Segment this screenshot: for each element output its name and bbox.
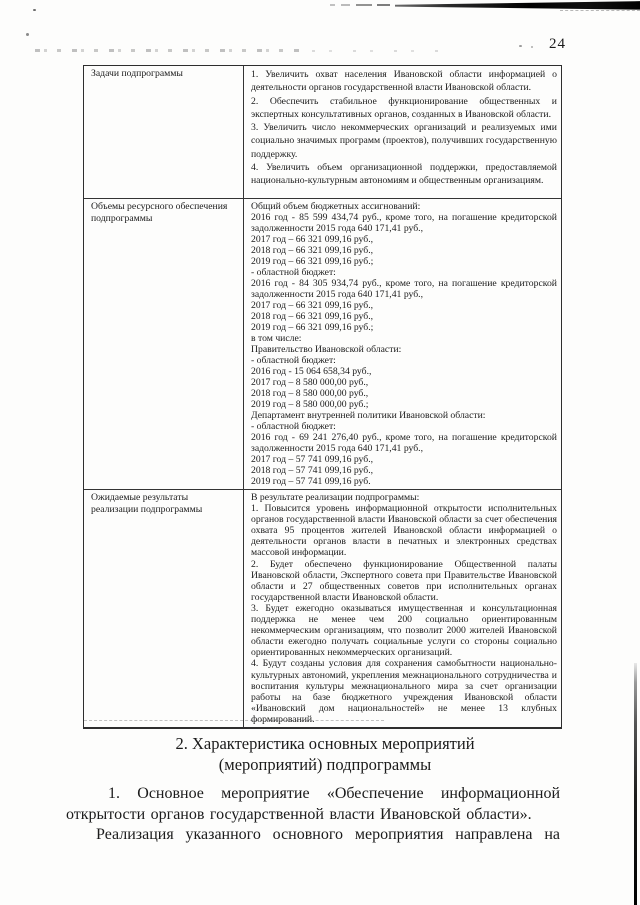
scan-artifact-dash [330,4,335,6]
scan-artifact-dot [33,9,36,11]
scan-artifact-dash [341,4,350,6]
table-row-tasks: Задачи подпрограммы 1. Увеличить охват н… [84,66,561,198]
row-content: Общий объем бюджетных ассигнований: 2016… [244,199,561,489]
scan-artifact-edge-bar [634,663,637,905]
section-heading: 2. Характеристика основных мероприятий (… [10,734,640,775]
row-label: Объемы ресурсного обеспечения подпрограм… [84,199,244,489]
row-content: В результате реализации подпрограммы: 1.… [244,490,561,727]
scan-artifact-dot [519,45,522,47]
row-label: Задачи подпрограммы [84,66,244,198]
scanned-document-page: 24 Задачи подпрограммы 1. Увеличить охва… [0,0,640,905]
scan-artifact-dash [377,4,390,6]
page-number: 24 [549,36,566,53]
subprogram-passport-table: Задачи подпрограммы 1. Увеличить охват н… [83,65,562,729]
scan-artifact-dash [356,4,372,6]
section-body: 1. Основное мероприятие «Обеспечение инф… [66,784,560,846]
row-content: 1. Увеличить охват населения Ивановской … [244,66,561,198]
table-row-expected-results: Ожидаемые результаты реализации подпрогр… [84,489,561,727]
table-row-resource-volumes: Объемы ресурсного обеспечения подпрограм… [84,198,561,489]
paragraph: Реализация указанного основного мероприя… [66,825,560,846]
scan-artifact-smudge-line [312,50,447,52]
scan-artifact-dot [531,46,533,48]
scan-artifact-top-wedge [395,1,640,10]
paragraph: 1. Основное мероприятие «Обеспечение инф… [66,784,560,825]
scan-artifact-dashed-line [560,10,640,11]
row-label: Ожидаемые результаты реализации подпрогр… [84,490,244,727]
scan-artifact-smudge-line [35,49,300,52]
scan-artifact-dot [26,33,29,36]
